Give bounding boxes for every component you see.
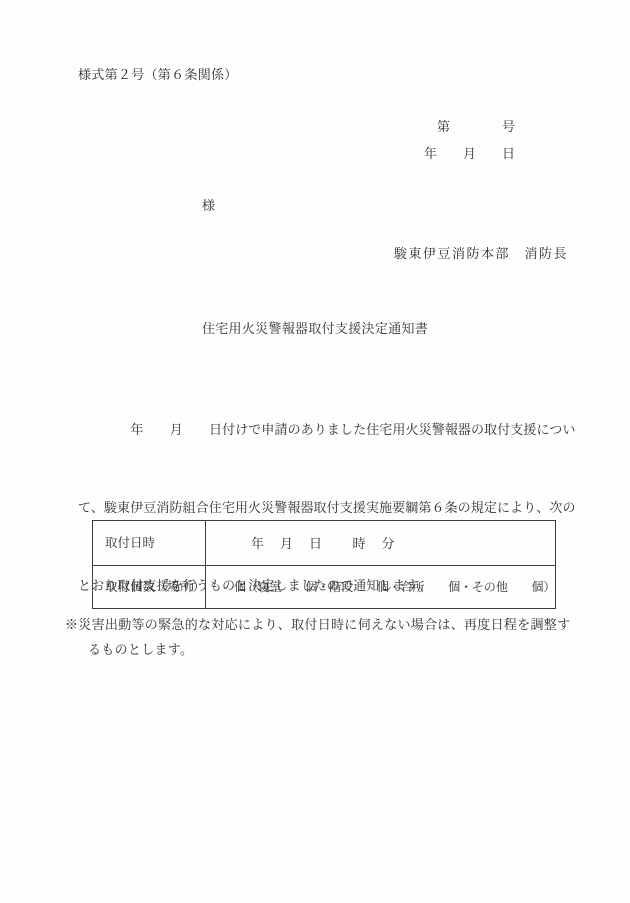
- installation-count-value: 個（寝室 個・階段 個・台所 個・その他 個）: [206, 566, 556, 609]
- footnote-line-2: るものとします。: [88, 641, 193, 658]
- document-page: 様式第２号（第６条関係） 第 号 年 月 日 様 駿東伊豆消防本部 消防長 住宅…: [0, 0, 630, 903]
- footnote-line-1: ※災害出動等の緊急的な対応により、取付日時に伺えない場合は、再度日程を調整す: [65, 616, 570, 633]
- table-row-installation-datetime: 取付日時 年 月 日 時 分: [93, 521, 556, 566]
- addressee-honorific: 様: [202, 197, 215, 214]
- document-title: 住宅用火災警報器取付支援決定通知書: [0, 320, 630, 337]
- table-row-installation-count: 取付個数（場所） 個（寝室 個・階段 個・台所 個・その他 個）: [93, 566, 556, 609]
- installation-datetime-value: 年 月 日 時 分: [206, 521, 556, 566]
- body-paragraph-line-2: て、駿東伊豆消防組合住宅用火災警報器取付支援実施要綱第６条の規定により、次の: [78, 495, 580, 521]
- installation-datetime-label: 取付日時: [93, 521, 206, 566]
- sender-line: 駿東伊豆消防本部 消防長: [394, 245, 568, 262]
- document-number-line: 第 号: [437, 118, 515, 135]
- installation-count-label: 取付個数（場所）: [93, 566, 206, 609]
- document-date-line: 年 月 日: [424, 145, 515, 162]
- form-number-label: 様式第２号（第６条関係）: [78, 66, 238, 83]
- body-paragraph-line-1: 年 月 日付けで申請のありました住宅用火災警報器の取付支援につい: [78, 417, 580, 443]
- installation-details-table: 取付日時 年 月 日 時 分 取付個数（場所） 個（寝室 個・階段 個・台所 個…: [92, 520, 556, 609]
